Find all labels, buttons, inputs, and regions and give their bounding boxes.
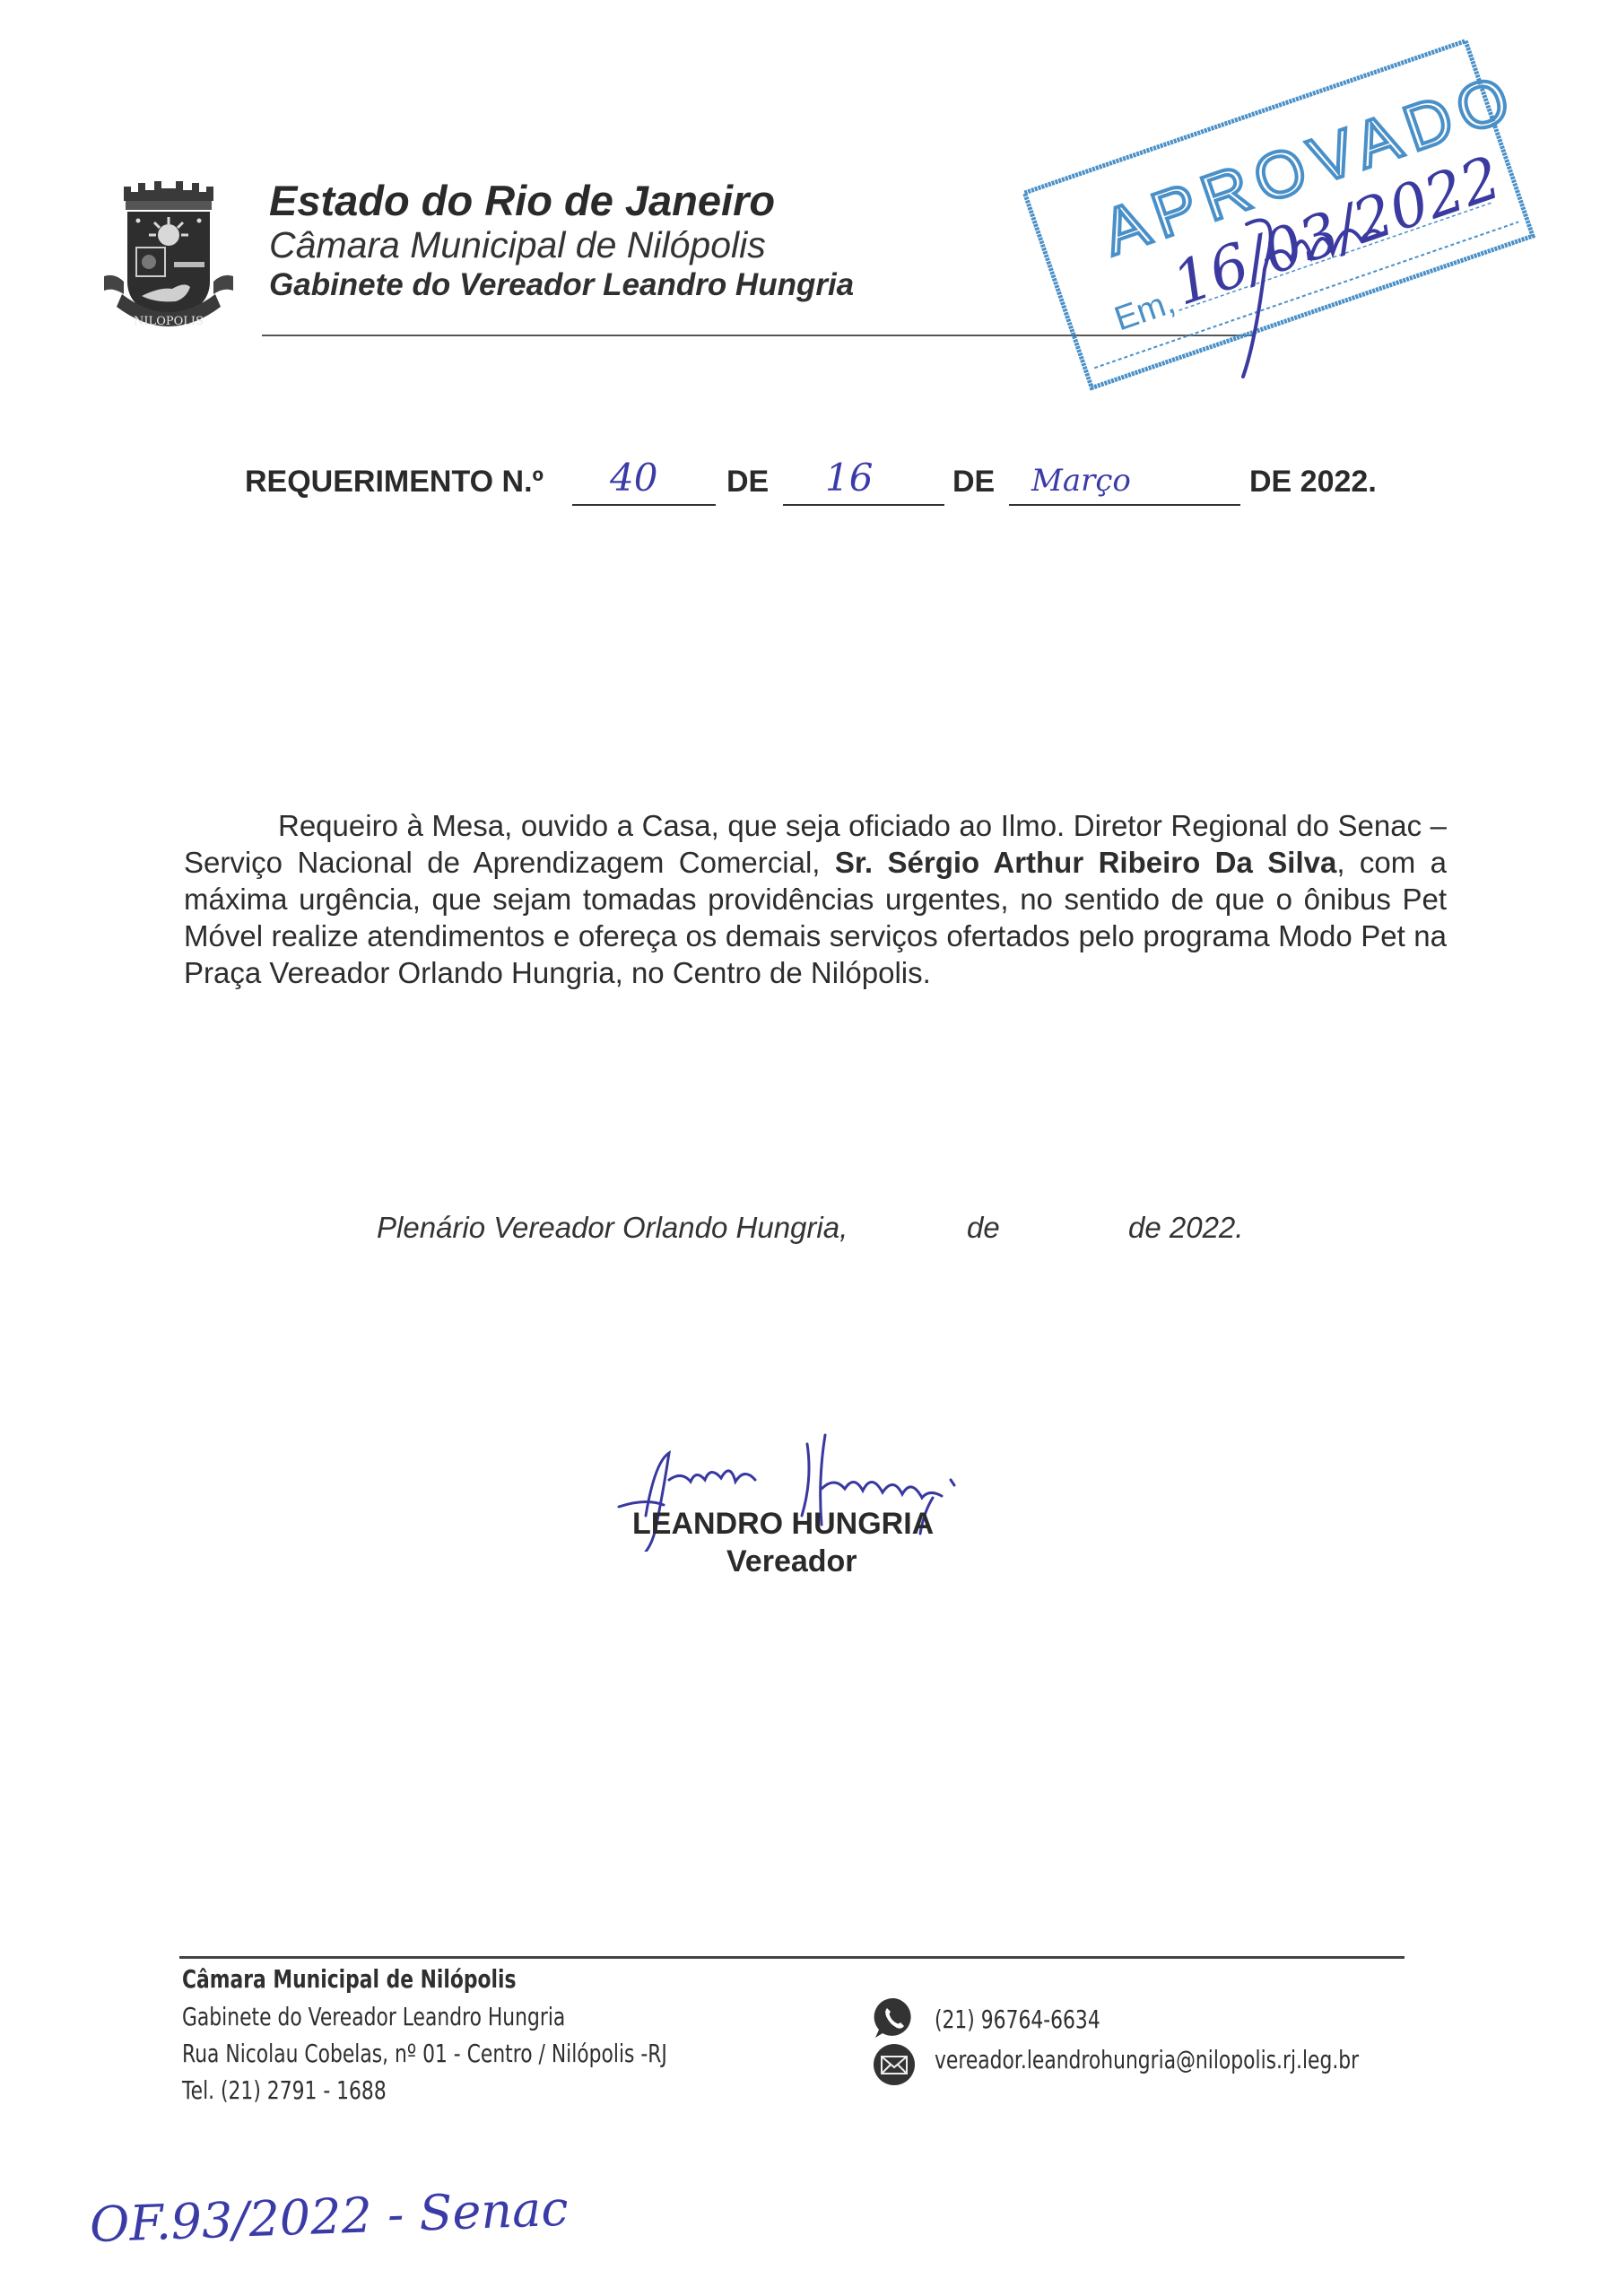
requerimento-day: 16 (825, 456, 873, 500)
whatsapp-icon (872, 1996, 917, 2040)
place-date-de: de (967, 1211, 1000, 1245)
month-blank-line (1009, 504, 1240, 506)
requerimento-month: Março (1031, 463, 1131, 499)
coat-of-arms-logo: NILOPOLIS (97, 176, 240, 337)
footer-address: Rua Nicolau Cobelas, nº 01 - Centro / Ni… (182, 2039, 667, 2068)
number-blank-line (572, 504, 716, 506)
svg-text:Em,: Em, (1110, 283, 1180, 339)
place-label: Plenário Vereador Orlando Hungria, (377, 1211, 848, 1245)
footer-office-name: Gabinete do Vereador Leandro Hungria (182, 2002, 565, 2031)
requerimento-de-2: DE (952, 465, 995, 500)
request-body-paragraph: Requeiro à Mesa, ouvido a Casa, que seja… (184, 807, 1447, 991)
day-blank-line (783, 504, 944, 506)
header-state-title: Estado do Rio de Janeiro (269, 176, 775, 225)
signer-role: Vereador (726, 1544, 857, 1579)
requerimento-label: REQUERIMENTO N.º (245, 465, 544, 500)
email-icon (872, 2042, 917, 2087)
requerimento-year: DE 2022. (1249, 465, 1377, 500)
signer-name: LEANDRO HUNGRIA (632, 1507, 934, 1542)
footer-telephone: Tel. (21) 2791 - 1688 (182, 2075, 387, 2105)
recipient-name: Sr. Sérgio Arthur Ribeiro Da Silva (835, 846, 1336, 879)
svg-text:NILOPOLIS: NILOPOLIS (134, 315, 204, 328)
header-chamber-name: Câmara Municipal de Nilópolis (269, 224, 766, 266)
place-date-year: de 2022. (1128, 1211, 1243, 1245)
handwritten-office-note: OF.93/2022 - Senac (89, 2180, 569, 2254)
footer-email-address: vereador.leandrohungria@nilopolis.rj.leg… (935, 2045, 1359, 2074)
approval-stamp: APROVADO Em, 16/03/2022 (978, 0, 1596, 395)
requerimento-de-1: DE (726, 465, 769, 500)
footer-divider (179, 1956, 1405, 1959)
footer-org-name: Câmara Municipal de Nilópolis (182, 1964, 516, 1994)
header-office-name: Gabinete do Vereador Leandro Hungria (269, 267, 854, 303)
footer-whatsapp-number: (21) 96764-6634 (935, 2005, 1100, 2034)
requerimento-number: 40 (610, 456, 657, 500)
